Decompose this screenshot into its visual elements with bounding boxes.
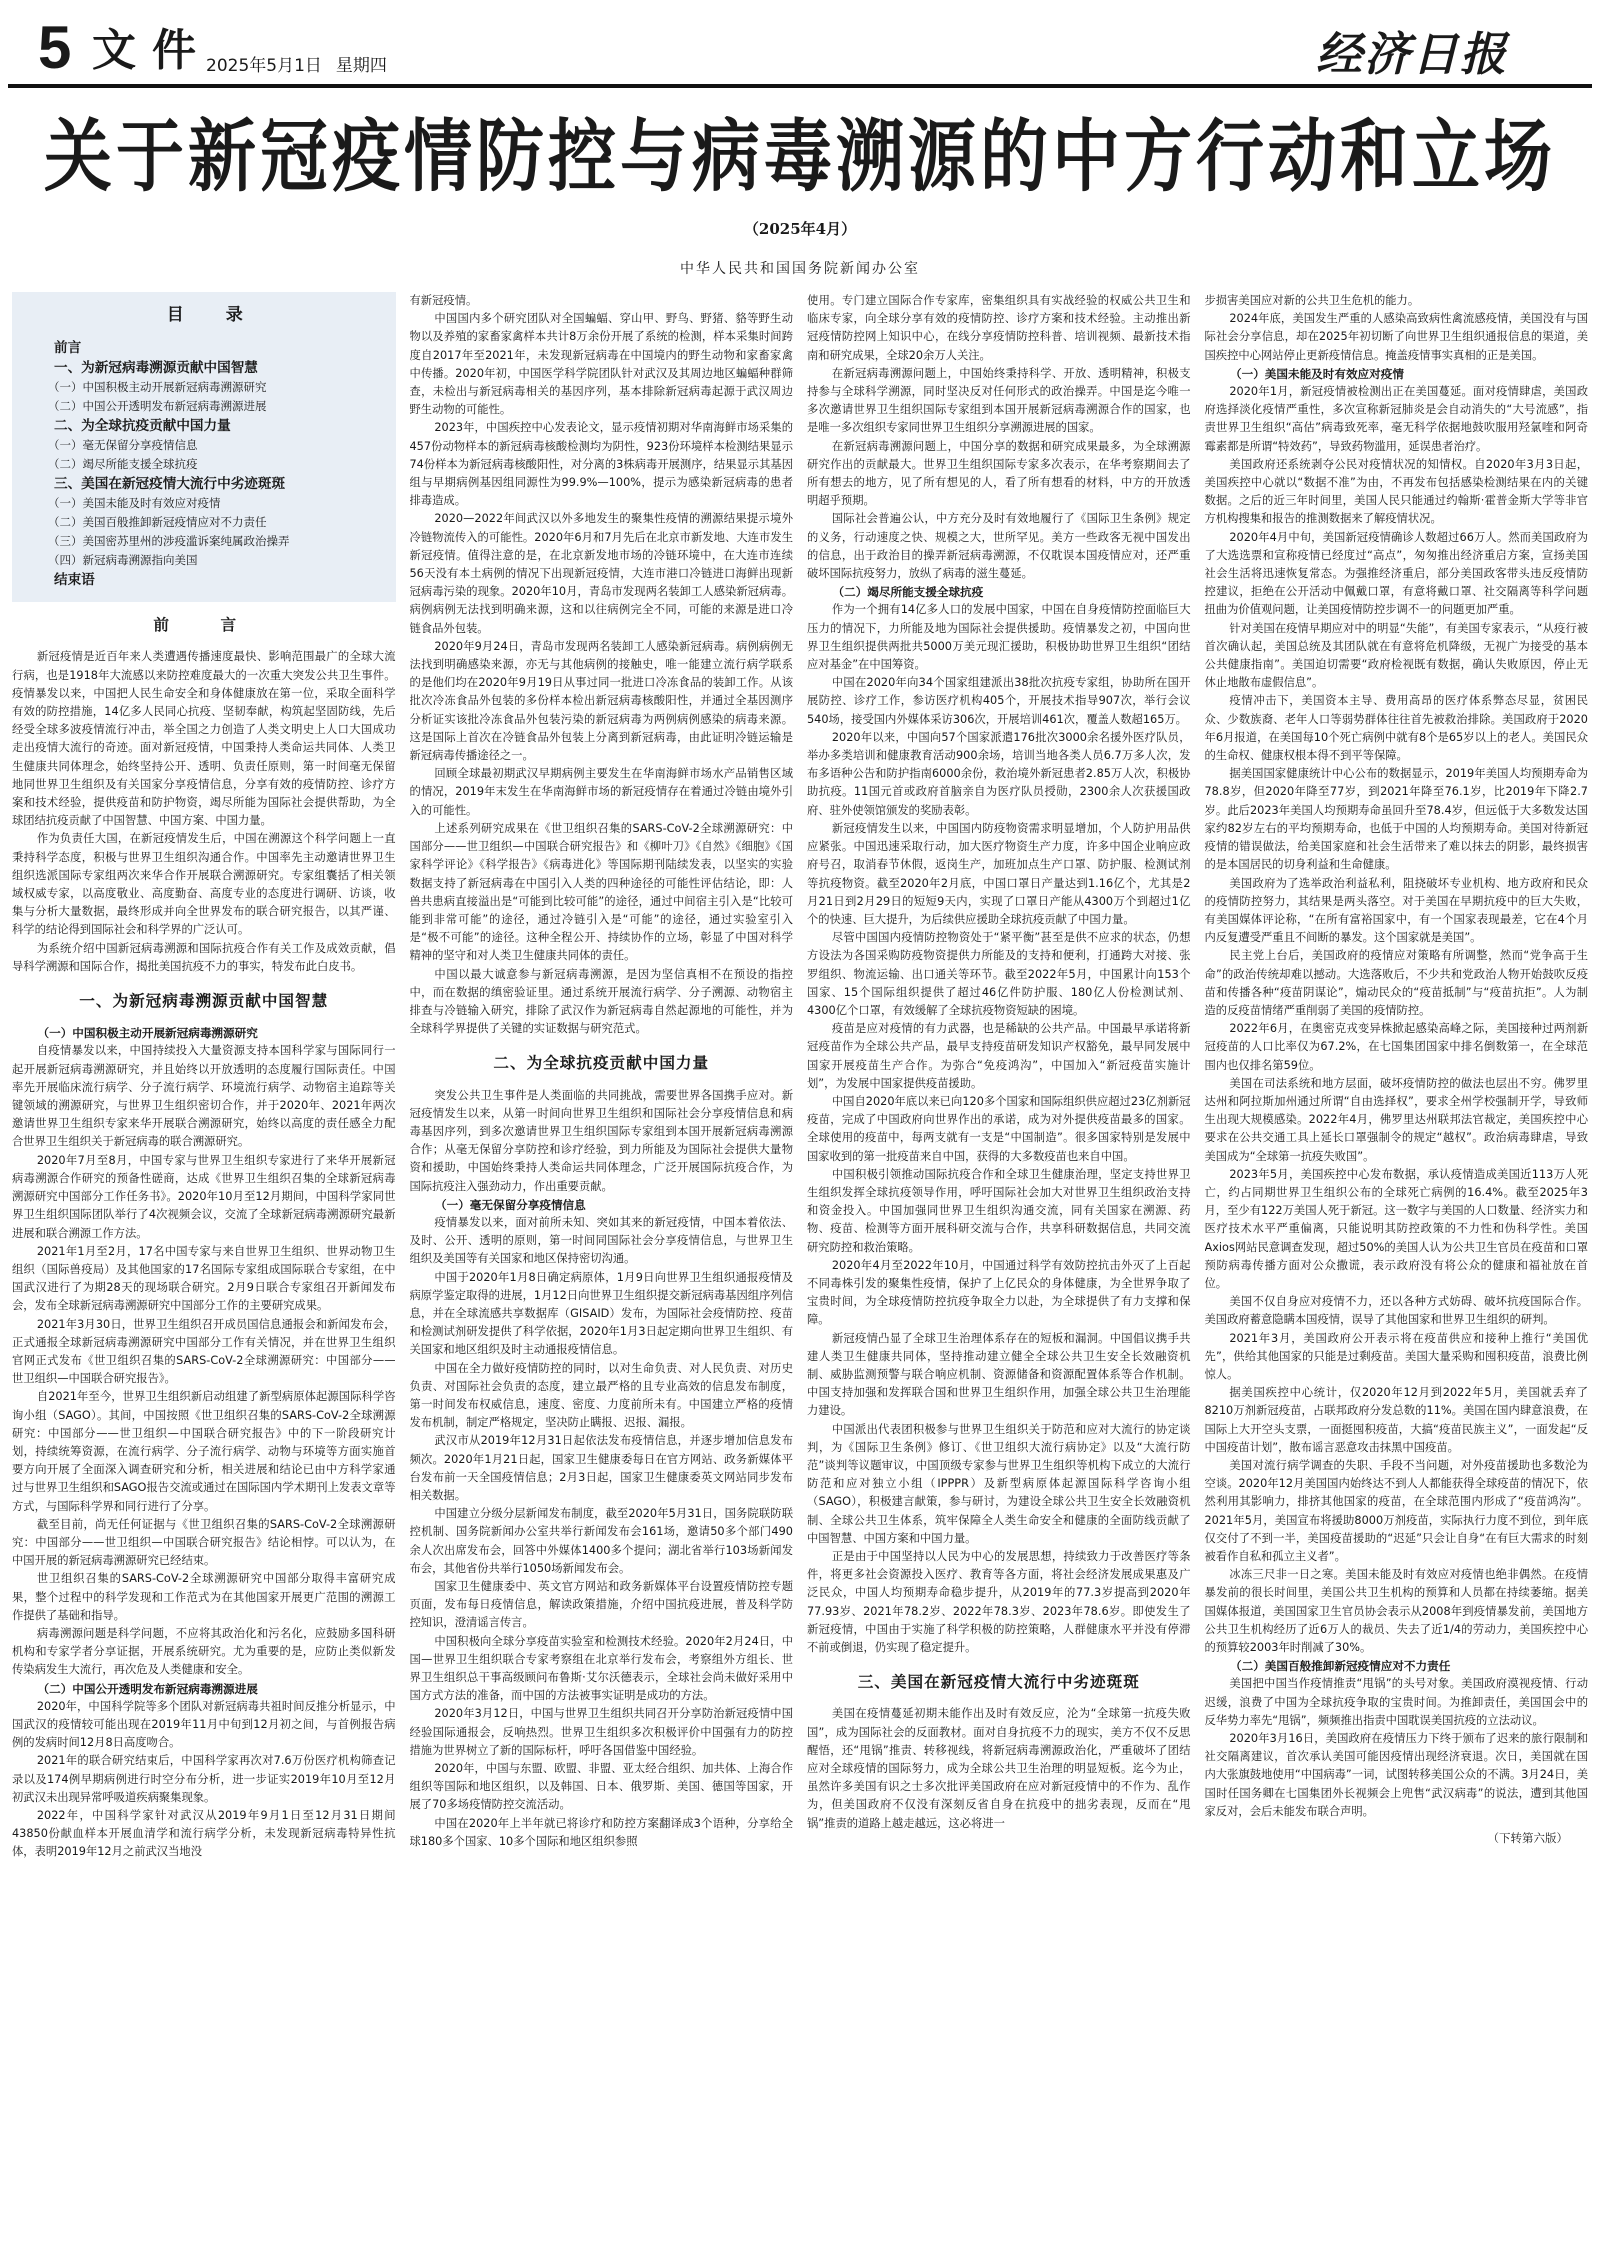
paragraph: 自2021年至今，世界卫生组织新启动组建了新型病原体起源国际科学咨询小组（SAG… (12, 1388, 396, 1515)
paragraph: 世卫组织召集的SARS-CoV-2全球溯源研究中国部分取得丰富研究成果，整个过程… (12, 1570, 396, 1625)
dateline: （2025年4月） (0, 218, 1600, 239)
paragraph: 正是由于中国坚持以人民为中心的发展思想，持续致力于改善医疗等条件，将更多社会资源… (807, 1548, 1191, 1657)
paragraph: 上述系列研究成果在《世卫组织召集的SARS-CoV-2全球溯源研究：中国部分——… (410, 820, 794, 966)
section-heading: 一、为新冠病毒溯源贡献中国智慧 (12, 992, 396, 1010)
paragraph: 2023年5月，美国疾控中心发布数据，承认疫情造成美国近113万人死亡，约占同期… (1205, 1166, 1589, 1293)
paragraph: 中国建立分级分层新闻发布制度，截至2020年5月31日，国务院联防联控机制、国务… (410, 1505, 794, 1578)
paragraph: 中国国内多个研究团队对全国蝙蝠、穿山甲、野鸟、野猪、貉等野生动物以及养殖的家畜家… (410, 310, 794, 419)
paragraph: 2021年的联合研究结束后，中国科学家再次对7.6万份医疗机构筛查记录以及174… (12, 1752, 396, 1807)
paragraph: 2020年1月，新冠疫情被检测出正在美国蔓延。面对疫情肆虐，美国政府选择淡化疫情… (1205, 383, 1589, 456)
paragraph: 民主党上台后，美国政府的疫情应对策略有所调整，然而“党争高于生命”的政治传统却难… (1205, 947, 1589, 1020)
column-3: 使用。专门建立国际合作专家库，密集组织具有实战经验的权威公共卫生和临床专家，向全… (807, 292, 1191, 2242)
page-number: 5 (38, 18, 71, 78)
subsection-heading: （一）毫无保留分享疫情信息 (410, 1196, 794, 1214)
paragraph: 中国积极引领推动国际抗疫合作和全球卫生健康治理，坚定支持世界卫生组织发挥全球抗疫… (807, 1166, 1191, 1257)
toc-item[interactable]: （一）毫无保留分享疫情信息 (48, 436, 374, 455)
toc-item[interactable]: （二）竭尽所能支援全球抗疫 (48, 455, 374, 474)
subsection-heading: （一）美国未能及时有效应对疫情 (1205, 365, 1589, 383)
paragraph: 2020年3月12日，中国与世界卫生组织共同召开分享防治新冠疫情中国经验国际通报… (410, 1705, 794, 1760)
paragraph: 2023年，中国疾控中心发表论文，显示疫情初期对华南海鲜市场采集的457份动物样… (410, 419, 794, 510)
paragraph: 中国积极向全球分享疫苗实验室和检测技术经验。2020年2月24日，中国—世界卫生… (410, 1633, 794, 1706)
toc-item[interactable]: 三、美国在新冠疫情大流行中劣迹斑斑 (54, 474, 374, 494)
paragraph: 使用。专门建立国际合作专家库，密集组织具有实战经验的权威公共卫生和临床专家，向全… (807, 292, 1191, 365)
toc-title: 目 录 (54, 306, 374, 324)
paragraph: 在新冠病毒溯源问题上，中国分享的数据和研究成果最多，为全球溯源研究作出的贡献最大… (807, 438, 1191, 511)
section-heading: 三、美国在新冠疫情大流行中劣迹斑斑 (807, 1673, 1191, 1691)
paragraph: 中国自2020年底以来已向120多个国家和国际组织供应超过23亿剂新冠疫苗，完成… (807, 1093, 1191, 1166)
paragraph: 2020年以来，中国向57个国家派遣176批次3000余名援外医疗队员，举办多类… (807, 729, 1191, 820)
toc-item[interactable]: 前言 (54, 338, 374, 358)
newspaper-logo: 经济日报 (1316, 28, 1508, 80)
paragraph: 国际社会普遍公认，中方充分及时有效地履行了《国际卫生条例》规定的义务，行动速度之… (807, 510, 1191, 583)
paragraph: 新冠疫情凸显了全球卫生治理体系存在的短板和漏洞。中国倡议携手共建人类卫生健康共同… (807, 1330, 1191, 1421)
paragraph: 针对美国在疫情早期应对中的明显“失能”，有美国专家表示，“从疫行被首次确认起，美… (1205, 620, 1589, 693)
paragraph: 在新冠病毒溯源问题上，中国始终秉持科学、开放、透明精神，积极支持参与全球科学溯源… (807, 365, 1191, 438)
paragraph: 2024年底，美国发生严重的人感染高致病性禽流感疫情，美国没有与国际社会分享信息… (1205, 310, 1589, 365)
paragraph: 冰冻三尺非一日之寒。美国未能及时有效应对疫情也绝非偶然。在疫情暴发前的很长时间里… (1205, 1566, 1589, 1657)
paragraph: 美国政府为了选举政治利益私利，阻挠破坏专业机构、地方政府和民众的疫情防控努力，其… (1205, 875, 1589, 948)
paragraph: 中国在2020年上半年就已将诊疗和防控方案翻译成3个语种，分享给全球180多个国… (410, 1815, 794, 1851)
paragraph: 2020年9月24日，青岛市发现两名装卸工人感染新冠病毒。病例病例无法找到明确感… (410, 638, 794, 765)
paragraph: 作为一个拥有14亿多人口的发展中国家，中国在自身疫情防控面临巨大压力的情况下，力… (807, 601, 1191, 674)
headline: 关于新冠疫情防控与病毒溯源的中方行动和立场 (0, 110, 1600, 207)
paragraph: 国家卫生健康委中、英文官方网站和政务新媒体平台设置疫情防控专题页面，发布每日疫情… (410, 1578, 794, 1633)
toc-item[interactable]: （四）新冠病毒溯源指向美国 (48, 551, 374, 570)
paragraph: 武汉市从2019年12月31日起依法发布疫情信息，并逐步增加信息发布频次。202… (410, 1432, 794, 1505)
paragraph: 美国不仅自身应对疫情不力，还以各种方式妨碍、破坏抗疫国际合作。美国政府蓄意隐瞒本… (1205, 1293, 1589, 1329)
section-heading: 二、为全球抗疫贡献中国力量 (410, 1054, 794, 1072)
paragraph: 2021年1月至2月，17名中国专家与来自世界卫生组织、世界动物卫生组织（国际兽… (12, 1243, 396, 1316)
paragraph: 尽管中国国内疫情防控物资处于“紧平衡”甚至是供不应求的状态，仍想方设法为各国采购… (807, 929, 1191, 1020)
paragraph: 据美国国家健康统计中心公布的数据显示，2019年美国人均预期寿命为78.8岁，但… (1205, 765, 1589, 874)
article-body: 目 录 前言 一、为新冠病毒溯源贡献中国智慧 （一）中国积极主动开展新冠病毒溯源… (12, 292, 1588, 2242)
issue-date: 2025年5月1日星期四 (206, 56, 387, 76)
paragraph: 美国在司法系统和地方层面，破坏疫情防控的做法也层出不穷。佛罗里达州和阿拉斯加州通… (1205, 1075, 1589, 1166)
date: 2025年5月1日 (206, 56, 322, 76)
paragraph: 2020年，中国与东盟、欧盟、非盟、亚太经合组织、加共体、上海合作组织等国际和地… (410, 1760, 794, 1815)
paragraph: 美国把中国当作疫情推责“甩锅”的头号对象。美国政府漠视疫情、行动迟缓，浪费了中国… (1205, 1675, 1589, 1730)
paragraph: 突发公共卫生事件是人类面临的共同挑战，需要世界各国携手应对。新冠疫情发生以来，从… (410, 1087, 794, 1196)
toc-item[interactable]: （二）中国公开透明发布新冠病毒溯源进展 (48, 397, 374, 416)
table-of-contents: 目 录 前言 一、为新冠病毒溯源贡献中国智慧 （一）中国积极主动开展新冠病毒溯源… (12, 292, 396, 602)
toc-item[interactable]: 一、为新冠病毒溯源贡献中国智慧 (54, 358, 374, 378)
paragraph: 中国于2020年1月8日确定病原体，1月9日向世界卫生组织通报疫情及病原学鉴定取… (410, 1269, 794, 1360)
toc-item[interactable]: （一）美国未能及时有效应对疫情 (48, 494, 374, 513)
subsection-heading: （二）美国百般推卸新冠疫情应对不力责任 (1205, 1657, 1589, 1675)
paragraph: 自疫情暴发以来，中国持续投入大量资源支持本国科学家与国际同行一起开展新冠病毒溯源… (12, 1042, 396, 1151)
subsection-heading: （二）中国公开透明发布新冠病毒溯源进展 (12, 1680, 396, 1698)
paragraph: 有新冠疫情。 (410, 292, 794, 310)
toc-item[interactable]: （一）中国积极主动开展新冠病毒溯源研究 (48, 378, 374, 397)
paragraph: 步损害美国应对新的公共卫生危机的能力。 (1205, 292, 1589, 310)
paragraph: 2021年3月，美国政府公开表示将在疫苗供应和接种上推行“美国优先”，供给其他国… (1205, 1330, 1589, 1385)
paragraph: 美国在疫情蔓延初期未能作出及时有效反应，沦为“全球第一抗疫失败国”，成为国际社会… (807, 1705, 1191, 1832)
paragraph: 美国政府还系统剥夺公民对疫情状况的知情权。自2020年3月3日起，美国疾控中心就… (1205, 456, 1589, 529)
paragraph: 作为负责任大国，在新冠疫情发生后，中国在溯源这个科学问题上一直秉持科学态度，积极… (12, 830, 396, 939)
paragraph: 疫情冲击下，美国资本主导、费用高昂的医疗体系弊态尽显，贫困民众、少数族裔、老年人… (1205, 692, 1589, 765)
paragraph: 2020年7月至8月，中国专家与世界卫生组织专家进行了来华开展新冠病毒溯源合作研… (12, 1152, 396, 1243)
paragraph: 疫苗是应对疫情的有力武器，也是稀缺的公共产品。中国最早承诺将新冠疫苗作为全球公共… (807, 1020, 1191, 1093)
masthead: 5 文件 2025年5月1日星期四 经济日报 (0, 0, 1600, 84)
paragraph: 疫情暴发以来，面对前所未知、突如其来的新冠疫情，中国本着依法、及时、公开、透明的… (410, 1214, 794, 1269)
paragraph: 美国对流行病学调查的失职、手段不当问题，对外疫苗援助也多数沦为空谈。2020年1… (1205, 1457, 1589, 1566)
paragraph: 为系统介绍中国新冠病毒溯源和国际抗疫合作有关工作及成效贡献，倡导科学溯源和国际合… (12, 940, 396, 976)
paragraph: 中国以最大诚意参与新冠病毒溯源，是因为坚信真相不在预设的指控中，而在数据的缜密验… (410, 966, 794, 1039)
paragraph: 中国在全力做好疫情防控的同时，以对生命负责、对人民负责、对历史负责、对国际社会负… (410, 1360, 794, 1433)
paragraph: 新冠疫情是近百年来人类遭遇传播速度最快、影响范围最广的全球大流行病，也是1918… (12, 648, 396, 830)
paragraph: 2021年3月30日，世界卫生组织召开成员国信息通报会和新闻发布会，正式通报全球… (12, 1316, 396, 1389)
paragraph: 病毒溯源问题是科学问题，不应将其政治化和污名化，应鼓励多国科研机构和专家学者分享… (12, 1625, 396, 1680)
paragraph: 2020—2022年间武汉以外多地发生的聚集性疫情的溯源结果提示境外冷链物流传入… (410, 510, 794, 637)
subsection-heading: （二）竭尽所能支援全球抗疫 (807, 583, 1191, 601)
continued-note[interactable]: （下转第六版） (1205, 1829, 1589, 1847)
paragraph: 2022年6月，在奥密克戎变异株掀起感染高峰之际，美国接种过两剂新冠疫苗的人口比… (1205, 1020, 1589, 1075)
paragraph: 据美国疾控中心统计，仅2020年12月到2022年5月，美国就丢弃了8210万剂… (1205, 1384, 1589, 1457)
paragraph: 2020年3月16日，美国政府在疫情压力下终于颁布了迟来的旅行限制和社交隔离建议… (1205, 1730, 1589, 1821)
column-2: 有新冠疫情。 中国国内多个研究团队对全国蝙蝠、穿山甲、野鸟、野猪、貉等野生动物以… (410, 292, 794, 2242)
paragraph: 2020年4月至2022年10月，中国通过科学有效防控抗击外灭了上百起不同毒株引… (807, 1257, 1191, 1330)
preface-heading: 前 言 (12, 616, 396, 634)
paragraph: 中国在2020年向34个国家组建派出38批次抗疫专家组，协助所在国开展防控、诊疗… (807, 674, 1191, 729)
column-1: 目 录 前言 一、为新冠病毒溯源贡献中国智慧 （一）中国积极主动开展新冠病毒溯源… (12, 292, 396, 2242)
paragraph: 2020年4月中旬，美国新冠疫情确诊人数超过66万人。然而美国政府为了大选选票和… (1205, 529, 1589, 620)
paragraph: 回顾全球最初期武汉早期病例主要发生在华南海鲜市场水产品销售区域的情况，2019年… (410, 765, 794, 820)
weekday: 星期四 (336, 56, 387, 76)
paragraph: 中国派出代表团积极参与世界卫生组织关于防范和应对大流行的协定谈判，为《国际卫生条… (807, 1421, 1191, 1548)
section-name: 文件 (92, 26, 212, 76)
toc-item[interactable]: （三）美国密苏里州的涉疫滥诉案纯属政治操弄 (48, 532, 374, 551)
masthead-rule (8, 84, 1592, 88)
toc-item[interactable]: 二、为全球抗疫贡献中国力量 (54, 416, 374, 436)
subsection-heading: （一）中国积极主动开展新冠病毒溯源研究 (12, 1024, 396, 1042)
toc-item[interactable]: 结束语 (54, 570, 374, 590)
column-4: 步损害美国应对新的公共卫生危机的能力。 2024年底，美国发生严重的人感染高致病… (1205, 292, 1589, 2242)
paragraph: 2020年，中国科学院等多个团队对新冠病毒共祖时间反推分析显示，中国武汉的疫情较… (12, 1698, 396, 1753)
issuer: 中华人民共和国国务院新闻办公室 (0, 258, 1600, 278)
paragraph: 2022年，中国科学家针对武汉从2019年9月1日至12月31日期间43850份… (12, 1807, 396, 1862)
paragraph: 截至目前，尚无任何证据与《世卫组织召集的SARS-CoV-2全球溯源研究：中国部… (12, 1516, 396, 1571)
paragraph: 新冠疫情发生以来，中国国内防疫物资需求明显增加，个人防护用品供应紧张。中国迅速采… (807, 820, 1191, 929)
toc-item[interactable]: （二）美国百般推卸新冠疫情应对不力责任 (48, 513, 374, 532)
